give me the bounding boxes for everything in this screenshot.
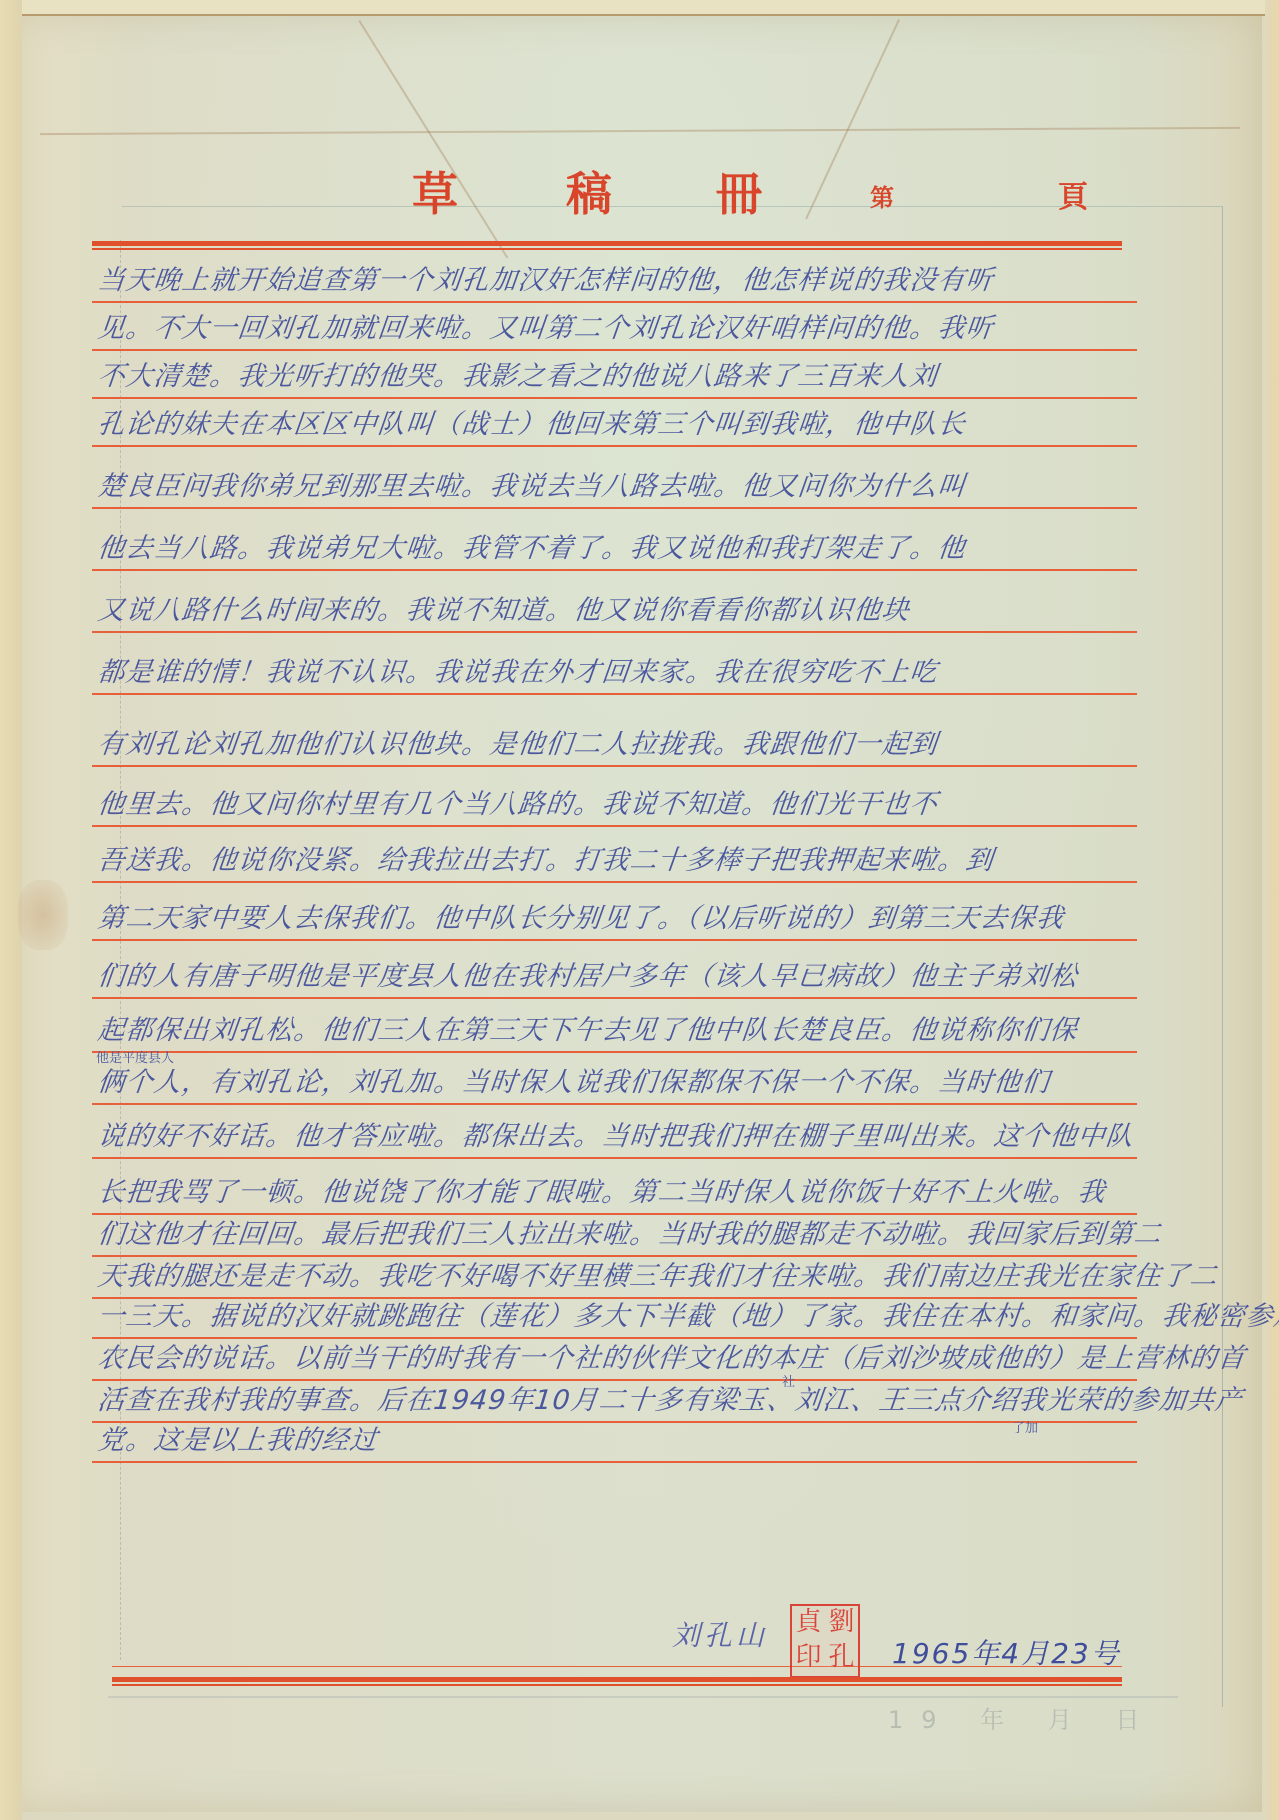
ruled-line: 党。这是以上我的经过 bbox=[92, 1423, 1137, 1463]
ruled-line: 孔论的妹夫在本区区中队叫（战士）他回来第三个叫到我啦，他中队长 bbox=[92, 399, 1137, 447]
handwritten-line: 们的人有唐子明他是平度县人他在我村居户多年（该人早已病故）他主子弟刘松 bbox=[96, 954, 1080, 993]
form-header: 草 稿 冊 第 頁 bbox=[0, 158, 1279, 228]
ruled-line: 第二天家中要人去保我们。他中队长分别见了。（以后听说的）到第三天去保我 bbox=[92, 883, 1137, 941]
signature-date: 1965年4月23号 bbox=[892, 1632, 1121, 1672]
handwritten-line: 他里去。他又问你村里有几个当八路的。我说不知道。他们光干也不 bbox=[96, 782, 940, 821]
handwritten-line: 第二天家中要人去保我们。他中队长分别见了。（以后听说的）到第三天去保我 bbox=[96, 896, 1067, 935]
paper-right-edge bbox=[1265, 0, 1279, 1820]
ruled-line: 有刘孔论刘孔加他们认识他块。是他们二人拉拢我。我跟他们一起到 bbox=[92, 695, 1137, 767]
ruled-line: 吾送我。他说你没紧。给我拉出去打。打我二十多棒子把我押起来啦。到 bbox=[92, 827, 1137, 883]
water-stain bbox=[18, 880, 68, 950]
handwritten-line: 又说八路什么时间来的。我说不知道。他又说你看看你都认识他块 bbox=[96, 588, 912, 627]
ruled-line: 都是谁的情！我说不认识。我说我在外才回来家。我在很穷吃不上吃 bbox=[92, 633, 1137, 695]
header-double-rule bbox=[92, 241, 1122, 251]
ruled-line: 农民会的说话。以前当干的时我有一个社的伙伴文化的本庄（后刘沙坡成他的）是上营林的… bbox=[92, 1339, 1137, 1381]
signature-row: 刘孔山 貞 劉 印 孔 1965年4月23号 bbox=[112, 1606, 1122, 1667]
page-label-prefix: 第 bbox=[870, 178, 894, 213]
ruled-line: 起都保出刘孔松。他们三人在第三天下午去见了他中队长楚良臣。他说称你们保 bbox=[92, 999, 1137, 1053]
handwritten-line: 他去当八路。我说弟兄大啦。我管不着了。我又说他和我打架走了。他 bbox=[96, 526, 968, 565]
title-char: 草 bbox=[412, 158, 458, 224]
ruled-line: 长把我骂了一顿。他说饶了你才能了眼啦。第二当时保人说你饭十好不上火啦。我 bbox=[92, 1159, 1137, 1215]
ruled-line: 们这他才往回回。最后把我们三人拉出来啦。当时我的腿都走不动啦。我回家后到第二 bbox=[92, 1215, 1137, 1257]
ruled-line: 一三天。据说的汉奸就跳跑往（莲花）多大下半截（地）了家。我住在本村。和家问。我秘… bbox=[92, 1299, 1137, 1339]
handwritten-line: 说的好不好话。他才答应啦。都保出去。当时把我们押在棚子里叫出来。这个他中队 bbox=[96, 1114, 1136, 1153]
title-char: 稿 bbox=[566, 158, 612, 224]
ruled-line: 他是平度县人 俩个人，有刘孔论，刘孔加。当时保人说我们保都保不保一个不保。当时他… bbox=[92, 1053, 1137, 1105]
ruled-line: 又说八路什么时间来的。我说不知道。他又说你看看你都认识他块 bbox=[92, 571, 1137, 633]
seal-char: 孔 bbox=[825, 1641, 858, 1676]
handwritten-line: 们这他才往回回。最后把我们三人拉出来啦。当时我的腿都走不动啦。我回家后到第二 bbox=[96, 1212, 1164, 1251]
handwritten-line: 吾送我。他说你没紧。给我拉出去打。打我二十多棒子把我押起来啦。到 bbox=[96, 838, 996, 877]
page-label-suffix: 頁 bbox=[1058, 172, 1088, 216]
ruled-line: 不大清楚。我光听打的他哭。我影之看之的他说八路来了三百来人刘 bbox=[92, 351, 1137, 399]
footer-double-rule bbox=[112, 1677, 1122, 1687]
ruled-line: 说的好不好话。他才答应啦。都保出去。当时把我们押在棚子里叫出来。这个他中队 bbox=[92, 1105, 1137, 1159]
ruled-line: 当天晚上就开始追查第一个刘孔加汉奸怎样问的他，他怎样说的我没有听 bbox=[92, 255, 1137, 303]
handwritten-line: 天我的腿还是走不动。我吃不好喝不好里横三年我们才往来啦。我们南边庄我光在家住了二 bbox=[96, 1254, 1220, 1293]
handwritten-line: 见。不大一回刘孔加就回来啦。又叫第二个刘孔论汉奸咱样问的他。我听 bbox=[96, 306, 996, 345]
handwritten-line: 党。这是以上我的经过 bbox=[96, 1418, 380, 1457]
handwritten-line: 孔论的妹夫在本区区中队叫（战士）他回来第三个叫到我啦，他中队长 bbox=[96, 402, 968, 441]
handwritten-body: 当天晚上就开始追查第一个刘孔加汉奸怎样问的他，他怎样说的我没有听 见。不大一回刘… bbox=[92, 255, 1137, 1463]
seal-char: 貞 bbox=[792, 1606, 825, 1641]
handwritten-line: 俩个人，有刘孔论，刘孔加。当时保人说我们保都保不保一个不保。当时他们 bbox=[96, 1060, 1052, 1099]
handwritten-line: 起都保出刘孔松。他们三人在第三天下午去见了他中队长楚良臣。他说称你们保 bbox=[96, 1008, 1080, 1047]
ruled-line: 社 活查在我村我的事查。后在1949年10月二十多有梁玉、刘江、王三点介绍我光荣… bbox=[92, 1381, 1137, 1423]
handwritten-line: 都是谁的情！我说不认识。我说我在外才回来家。我在很穷吃不上吃 bbox=[96, 650, 940, 689]
ruled-line: 他去当八路。我说弟兄大啦。我管不着了。我又说他和我打架走了。他 bbox=[92, 509, 1137, 571]
handwritten-line: 当天晚上就开始追查第一个刘孔加汉奸怎样问的他，他怎样说的我没有听 bbox=[96, 258, 996, 297]
handwritten-line: 长把我骂了一顿。他说饶了你才能了眼啦。第二当时保人说你饭十好不上火啦。我 bbox=[96, 1170, 1108, 1209]
bleed-through-date: 19 年 月 日 bbox=[888, 1700, 1157, 1735]
bleed-through-rule bbox=[108, 1696, 1178, 1698]
handwritten-line: 活查在我村我的事查。后在1949年10月二十多有梁玉、刘江、王三点介绍我光荣的参… bbox=[96, 1378, 1245, 1417]
ruled-line: 楚良臣问我你弟兄到那里去啦。我说去当八路去啦。他又问你为什么叫 bbox=[92, 447, 1137, 509]
ruled-line: 们的人有唐子明他是平度县人他在我村居户多年（该人早已病故）他主子弟刘松 bbox=[92, 941, 1137, 999]
handwritten-line: 有刘孔论刘孔加他们认识他块。是他们二人拉拢我。我跟他们一起到 bbox=[96, 722, 940, 761]
handwritten-line: 农民会的说话。以前当干的时我有一个社的伙伴文化的本庄（后刘沙坡成他的）是上营林的… bbox=[96, 1336, 1248, 1375]
seal-char: 劉 bbox=[825, 1606, 858, 1641]
red-seal-stamp: 貞 劉 印 孔 bbox=[790, 1604, 860, 1678]
signature-name: 刘孔山 bbox=[672, 1614, 768, 1654]
handwritten-line: 一三天。据说的汉奸就跳跑往（莲花）多大下半截（地）了家。我住在本村。和家问。我秘… bbox=[96, 1294, 1279, 1333]
seal-char: 印 bbox=[792, 1641, 825, 1676]
ruled-line: 天我的腿还是走不动。我吃不好喝不好里横三年我们才往来啦。我们南边庄我光在家住了二 bbox=[92, 1257, 1137, 1299]
ruled-line: 他里去。他又问你村里有几个当八路的。我说不知道。他们光干也不 bbox=[92, 767, 1137, 827]
torn-top-edge bbox=[0, 0, 1279, 16]
handwritten-line: 楚良臣问我你弟兄到那里去啦。我说去当八路去啦。他又问你为什么叫 bbox=[96, 464, 968, 503]
title-char: 冊 bbox=[716, 158, 762, 224]
handwritten-line: 不大清楚。我光听打的他哭。我影之看之的他说八路来了三百来人刘 bbox=[96, 354, 940, 393]
ruled-line: 见。不大一回刘孔加就回来啦。又叫第二个刘孔论汉奸咱样问的他。我听 bbox=[92, 303, 1137, 351]
